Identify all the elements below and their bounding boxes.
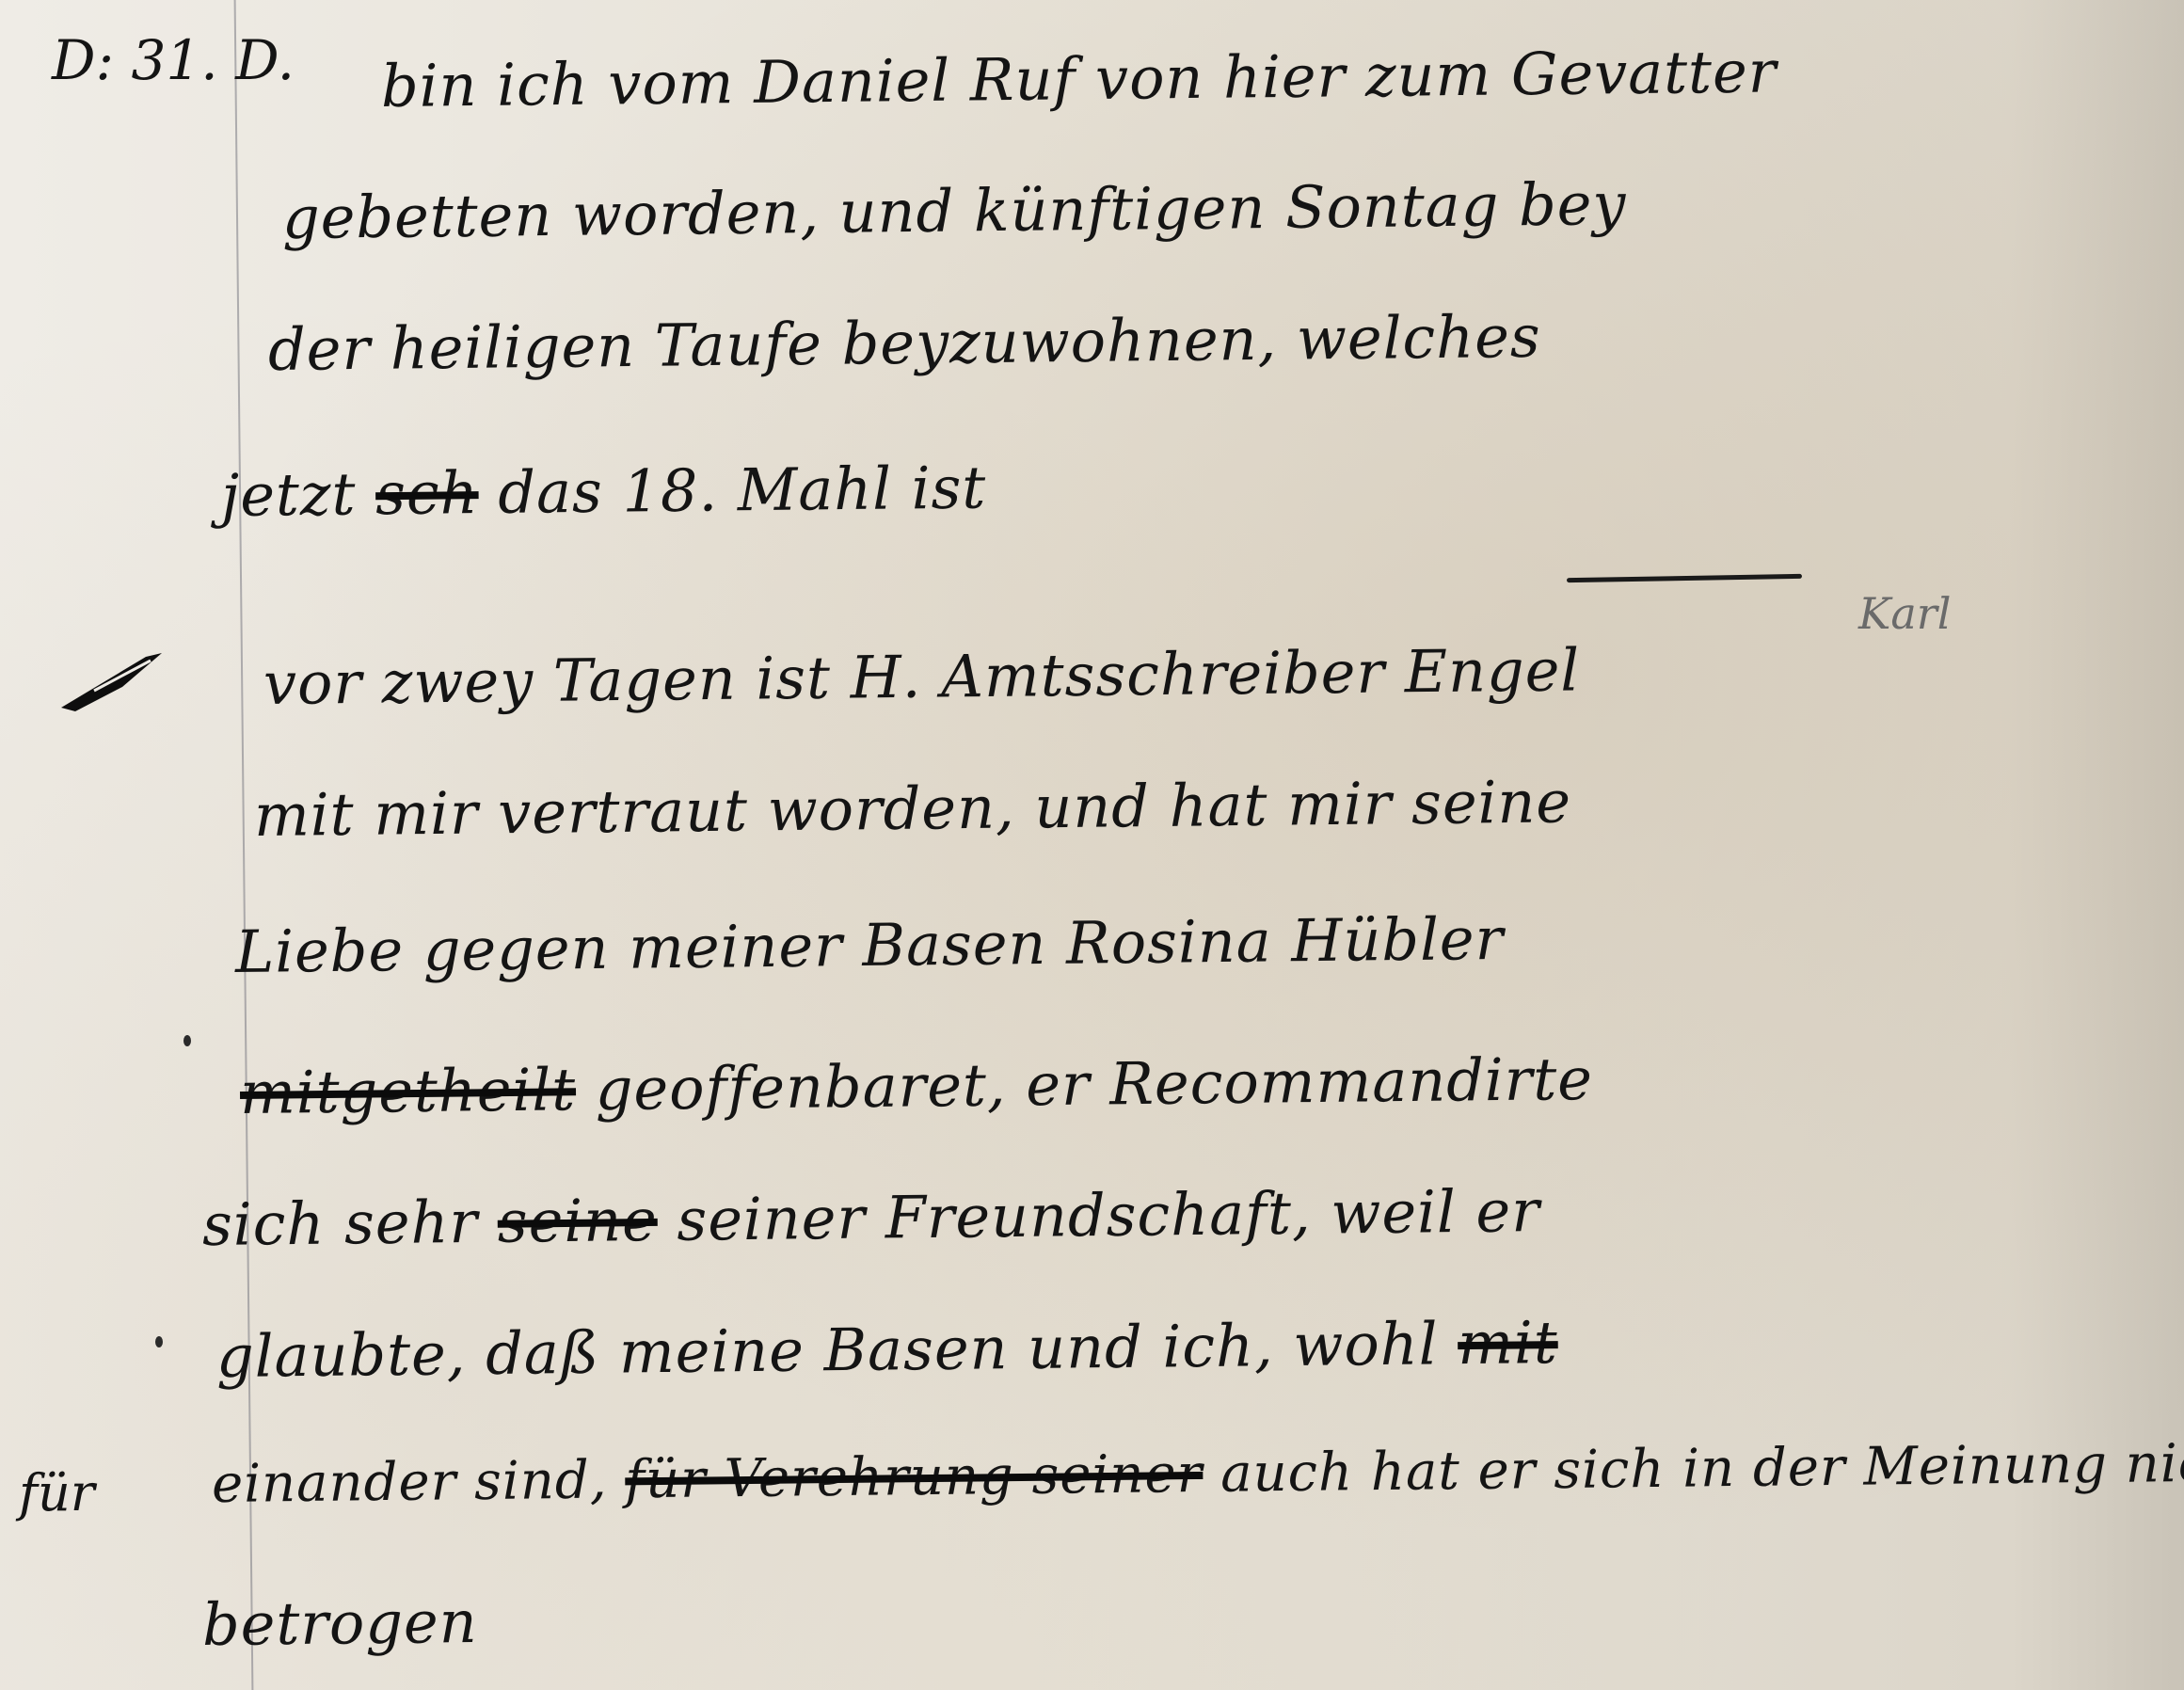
text-line-4: jetzt sch das 18. Mahl ist <box>221 453 987 530</box>
text-line-11: einander sind, für Verehrung seiner auch… <box>212 1432 2184 1515</box>
text-line-3: der heiligen Taufe beyzuwohnen, welches <box>268 302 1541 384</box>
text-line-8: mitgetheilt geoffenbaret, er Recommandir… <box>240 1044 1594 1127</box>
segment: betrogen <box>202 1587 478 1659</box>
text-line-5: vor zwey Tagen ist H. Amtsschreiber Enge… <box>263 635 1581 718</box>
struck-segment: mitgetheilt <box>240 1055 577 1127</box>
pencil-annotation: Karl <box>1858 588 1952 639</box>
text-line-9: sich sehr seine seiner Freundschaft, wei… <box>202 1176 1541 1259</box>
text-line-10: glaubte, daß meine Basen und ich, wohl m… <box>216 1308 1558 1391</box>
nota-bene-mark-icon <box>56 649 169 715</box>
segment: der heiligen Taufe beyzuwohnen, welches <box>268 302 1541 384</box>
margin-date: D: 31. D. <box>52 28 295 92</box>
ink-dot <box>183 1035 191 1046</box>
text-line-7: Liebe gegen meiner Basen Rosina Hübler <box>235 904 1505 986</box>
segment: einander sind, <box>212 1449 626 1515</box>
segment: vor zwey Tagen ist H. Amtsschreiber Enge… <box>263 635 1581 718</box>
margin-rule <box>234 0 254 1690</box>
segment: glaubte, daß meine Basen und ich, wohl <box>216 1309 1459 1391</box>
segment: gebetten worden, und künftigen Sontag be… <box>282 169 1627 252</box>
struck-segment: für Verehrung seiner <box>625 1443 1204 1510</box>
line-end-dash <box>1567 574 1802 582</box>
struck-segment: sch <box>375 458 479 528</box>
segment: geoffenbaret, er Recommandirte <box>576 1044 1594 1124</box>
margin-note-fur: für <box>19 1463 95 1523</box>
struck-segment: mit <box>1458 1308 1558 1378</box>
segment: Liebe gegen meiner Basen Rosina Hübler <box>235 904 1505 986</box>
text-line-2: gebetten worden, und künftigen Sontag be… <box>282 169 1627 252</box>
manuscript-page: D: 31. D. für Karl bin ich vom Daniel Ru… <box>0 0 2184 1690</box>
segment: sich sehr <box>202 1188 499 1259</box>
segment: jetzt <box>221 459 376 530</box>
segment: auch hat er sich in der Meinung nicht <box>1203 1432 2184 1505</box>
segment: bin ich vom Daniel Ruf von hier zum Geva… <box>381 37 1777 120</box>
segment: mit mir vertraut worden, und hat mir sei… <box>254 767 1572 850</box>
text-line-6: mit mir vertraut worden, und hat mir sei… <box>254 767 1572 850</box>
segment: seiner Freundschaft, weil er <box>657 1176 1540 1254</box>
text-line-1: bin ich vom Daniel Ruf von hier zum Geva… <box>381 37 1777 120</box>
segment: das 18. Mahl ist <box>478 453 986 527</box>
text-line-12: betrogen <box>202 1587 478 1659</box>
struck-segment: seine <box>497 1186 658 1256</box>
ink-dot <box>155 1336 163 1347</box>
